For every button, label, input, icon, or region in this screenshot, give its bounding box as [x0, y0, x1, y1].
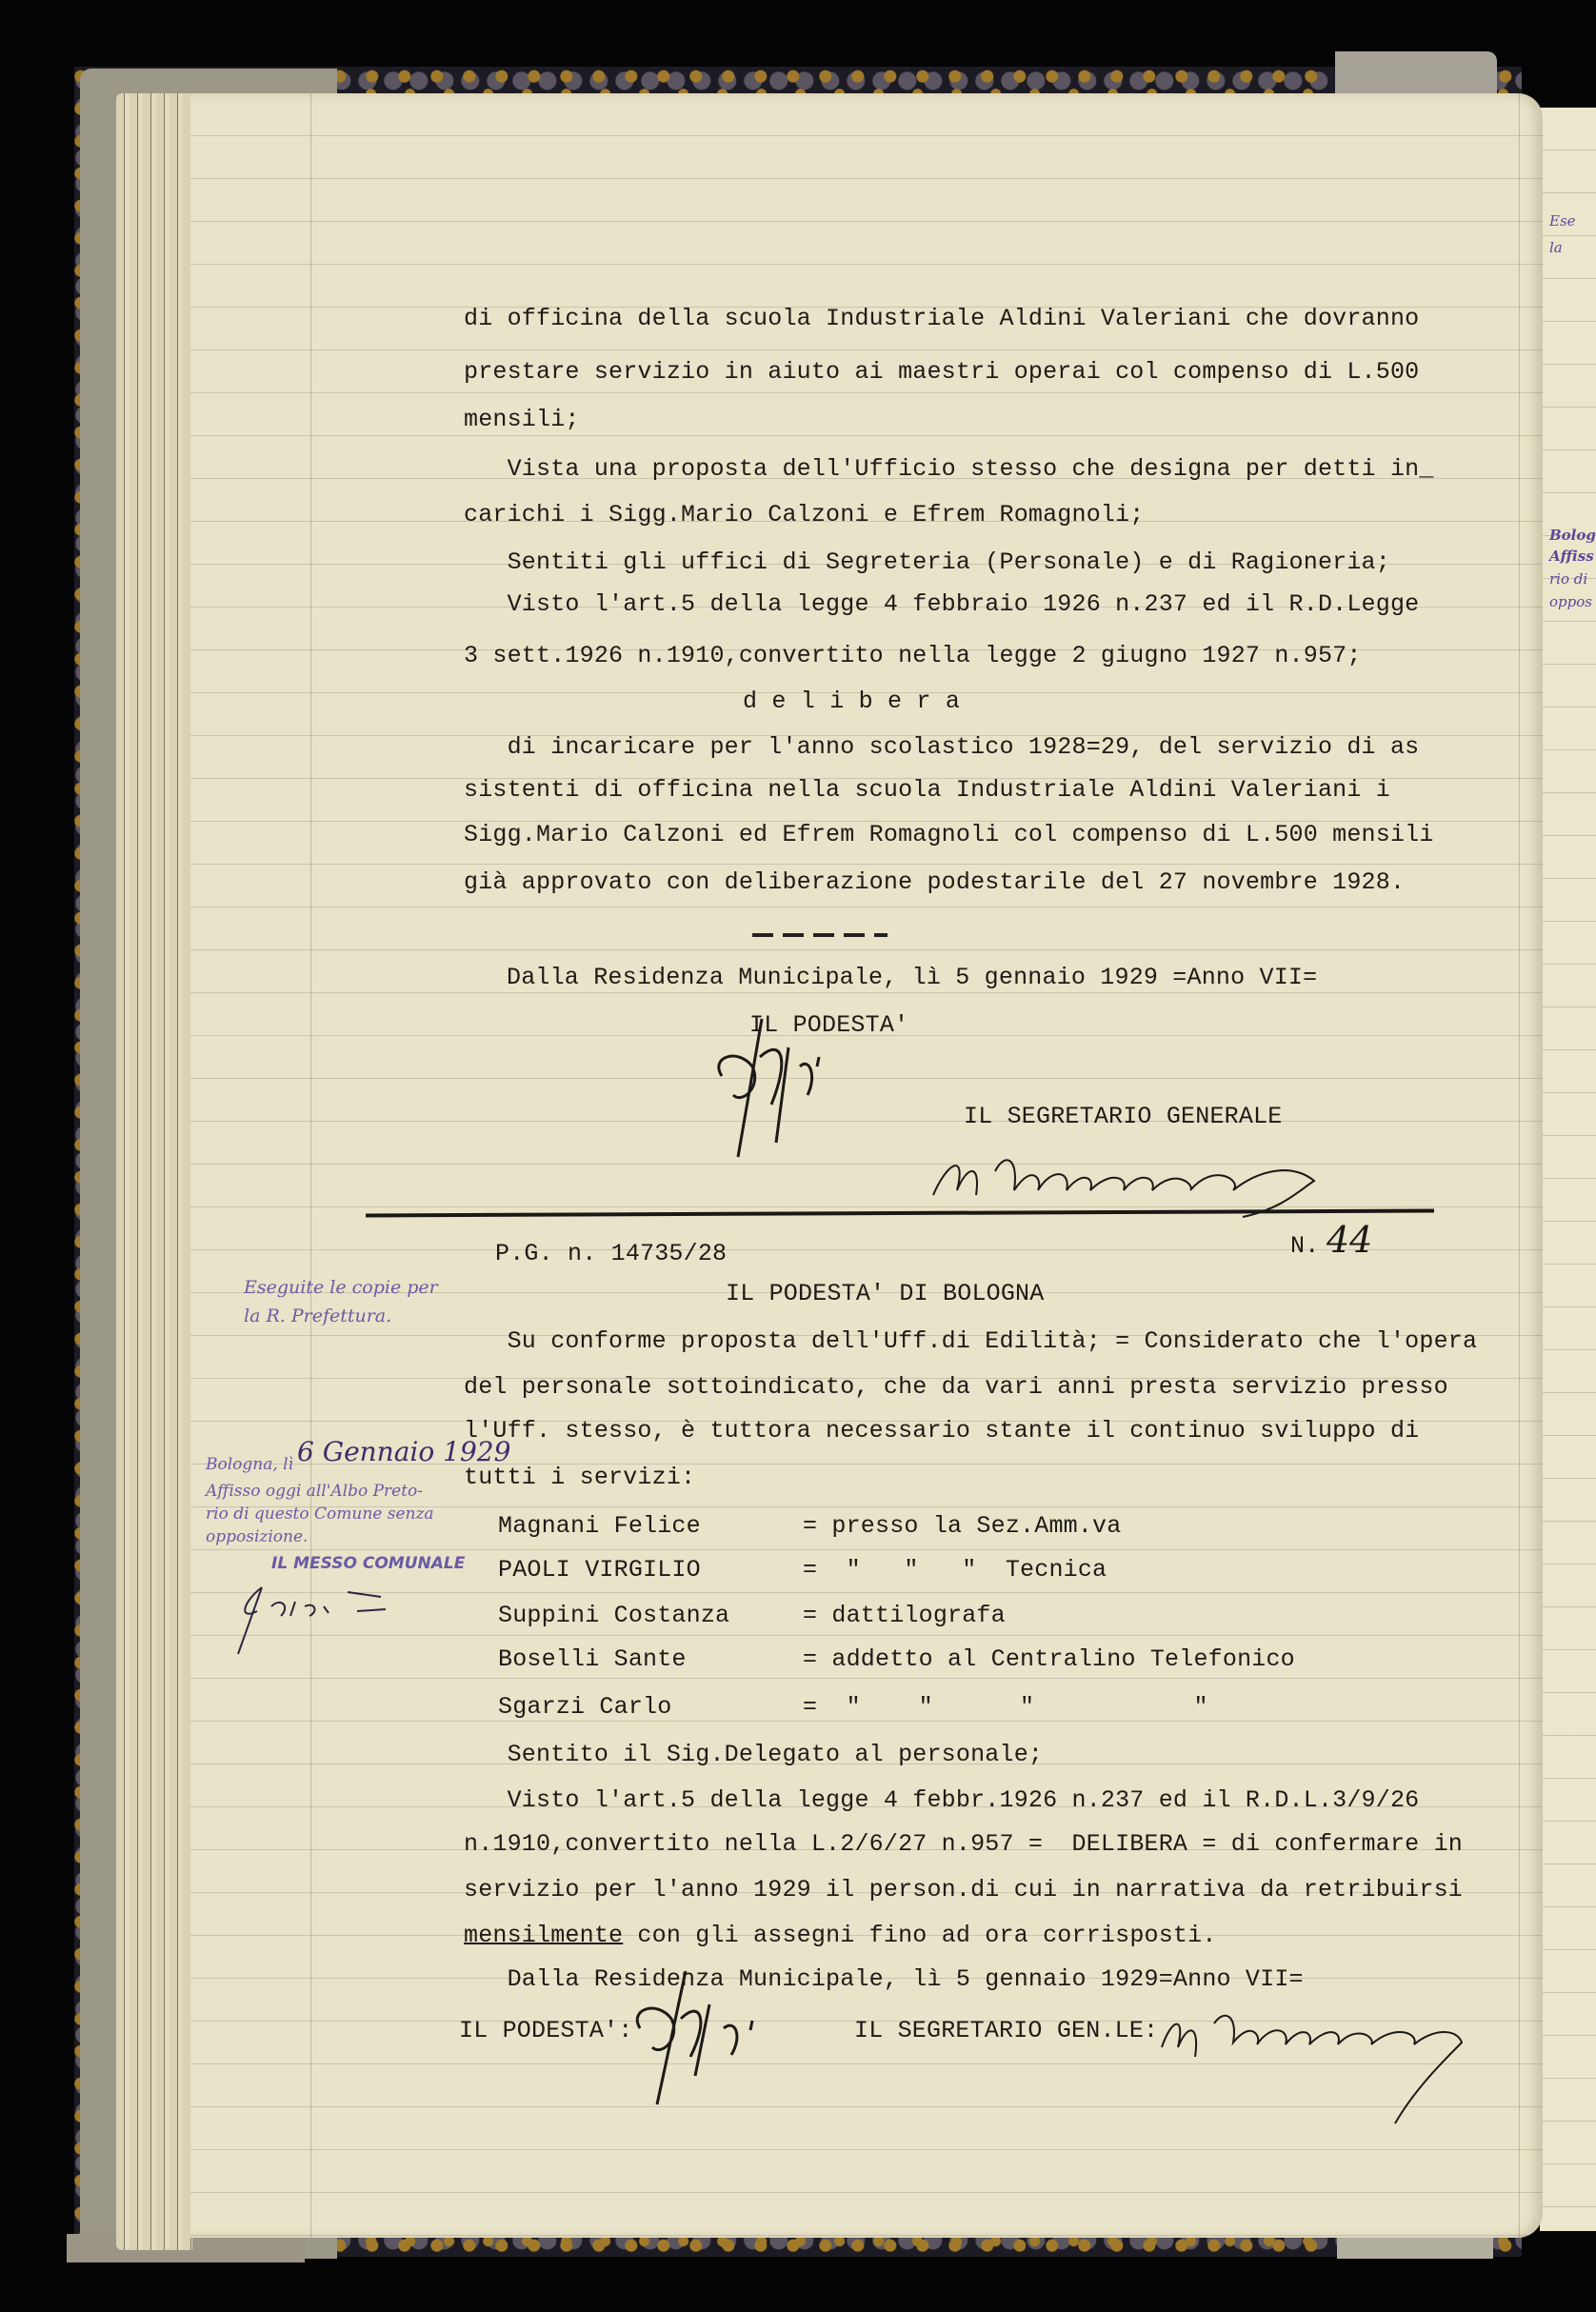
staff-name: PAOLI VIRGILIO [498, 1556, 701, 1584]
staff-role: = dattilografa [803, 1602, 1006, 1629]
margin-rule [310, 93, 311, 2238]
closing-line: n.1910,convertito nella L.2/6/27 n.957 =… [464, 1830, 1463, 1858]
next-page-fragment: Affiss [1549, 548, 1594, 565]
body-line: Vista una proposta dell'Ufficio stesso c… [464, 455, 1434, 483]
body-line: prestare servizio in aiuto ai maestri op… [464, 358, 1419, 386]
staff-role: = " " " " [803, 1693, 1208, 1721]
albo-stamp-line: opposizione. [206, 1524, 308, 1550]
next-page-fragment: Ese [1549, 212, 1576, 229]
deliberation-number: 44 [1327, 1219, 1372, 1261]
closing-line-rest: con gli assegni fino ad ora corrisposti. [623, 1922, 1216, 1949]
next-page-fragment: rio di [1549, 570, 1587, 588]
body-line: di officina della scuola Industriale Ald… [464, 305, 1419, 332]
staff-role: = addetto al Centralino Telefonico [803, 1645, 1295, 1673]
body-line: Sentiti gli uffici di Segreteria (Person… [464, 548, 1390, 576]
staff-name: Sgarzi Carlo [498, 1693, 671, 1721]
dash-separator [752, 933, 888, 937]
albo-date-handwritten: 6 Gennaio 1929 [297, 1436, 510, 1467]
next-page-fragment: la [1549, 239, 1563, 256]
protocol-number: P.G. n. 14735/28 [495, 1240, 727, 1267]
place-date: Dalla Residenza Municipale, lì 5 gennaio… [507, 964, 1317, 991]
body-line: mensili; [464, 406, 580, 433]
podesta-label: IL PODESTA': [459, 2017, 632, 2044]
margin-rule-right [1519, 93, 1520, 2238]
underlined-word: mensilmente [464, 1922, 623, 1949]
intro-line: l'Uff. stesso, è tuttora necessario stan… [464, 1417, 1419, 1445]
body-line: Visto l'art.5 della legge 4 febbraio 192… [464, 590, 1419, 618]
copies-stamp-line: la R. Prefettura. [244, 1303, 391, 1329]
copies-stamp-line: Eseguite le copie per [244, 1274, 438, 1301]
delibera-heading: d e l i b e r a [743, 688, 960, 715]
albo-stamp-line: Bologna, lì [206, 1451, 293, 1478]
cover-corner-top-right [1335, 51, 1497, 94]
staff-role: = " " " Tecnica [803, 1556, 1107, 1584]
body-line: 3 sett.1926 n.1910,convertito nella legg… [464, 642, 1362, 669]
deliberation-number-label: N. [1290, 1232, 1319, 1260]
intro-line: del personale sottoindicato, che da vari… [464, 1373, 1448, 1401]
page-stack-edges [116, 93, 192, 2250]
section-title: IL PODESTA' DI BOLOGNA [726, 1280, 1044, 1307]
decision-line: già approvato con deliberazione podestar… [464, 868, 1405, 896]
intro-line: Su conforme proposta dell'Uff.di Edilità… [464, 1327, 1477, 1355]
closing-line: servizio per l'anno 1929 il person.di cu… [464, 1876, 1463, 1903]
secretary-label: IL SEGRETARIO GENERALE [964, 1103, 1282, 1130]
body-line: carichi i Sigg.Mario Calzoni e Efrem Rom… [464, 501, 1145, 528]
staff-role: = presso la Sez.Amm.va [803, 1512, 1121, 1540]
closing-line: Visto l'art.5 della legge 4 febbr.1926 n… [464, 1786, 1419, 1814]
next-page-fragment: oppos [1549, 593, 1592, 610]
secretary-label: IL SEGRETARIO GEN.LE: [854, 2017, 1158, 2044]
decision-line: Sigg.Mario Calzoni ed Efrem Romagnoli co… [464, 821, 1434, 848]
closing-line-last: mensilmente con gli assegni fino ad ora … [464, 1922, 1217, 1949]
intro-line: tutti i servizi: [464, 1464, 695, 1491]
staff-name: Boselli Sante [498, 1645, 687, 1673]
staff-name: Magnani Felice [498, 1512, 701, 1540]
closing-line: Sentito il Sig.Delegato al personale; [464, 1741, 1043, 1768]
decision-line: sistenti di officina nella scuola Indust… [464, 776, 1390, 804]
place-date: Dalla Residenza Municipale, lì 5 gennaio… [464, 1965, 1304, 1993]
decision-line: di incaricare per l'anno scolastico 1928… [464, 733, 1419, 761]
staff-name: Suppini Costanza [498, 1602, 729, 1629]
next-page-edge: Ese la Bolog Affiss rio di oppos [1540, 108, 1596, 2231]
next-page-fragment: Bolog [1549, 527, 1596, 544]
